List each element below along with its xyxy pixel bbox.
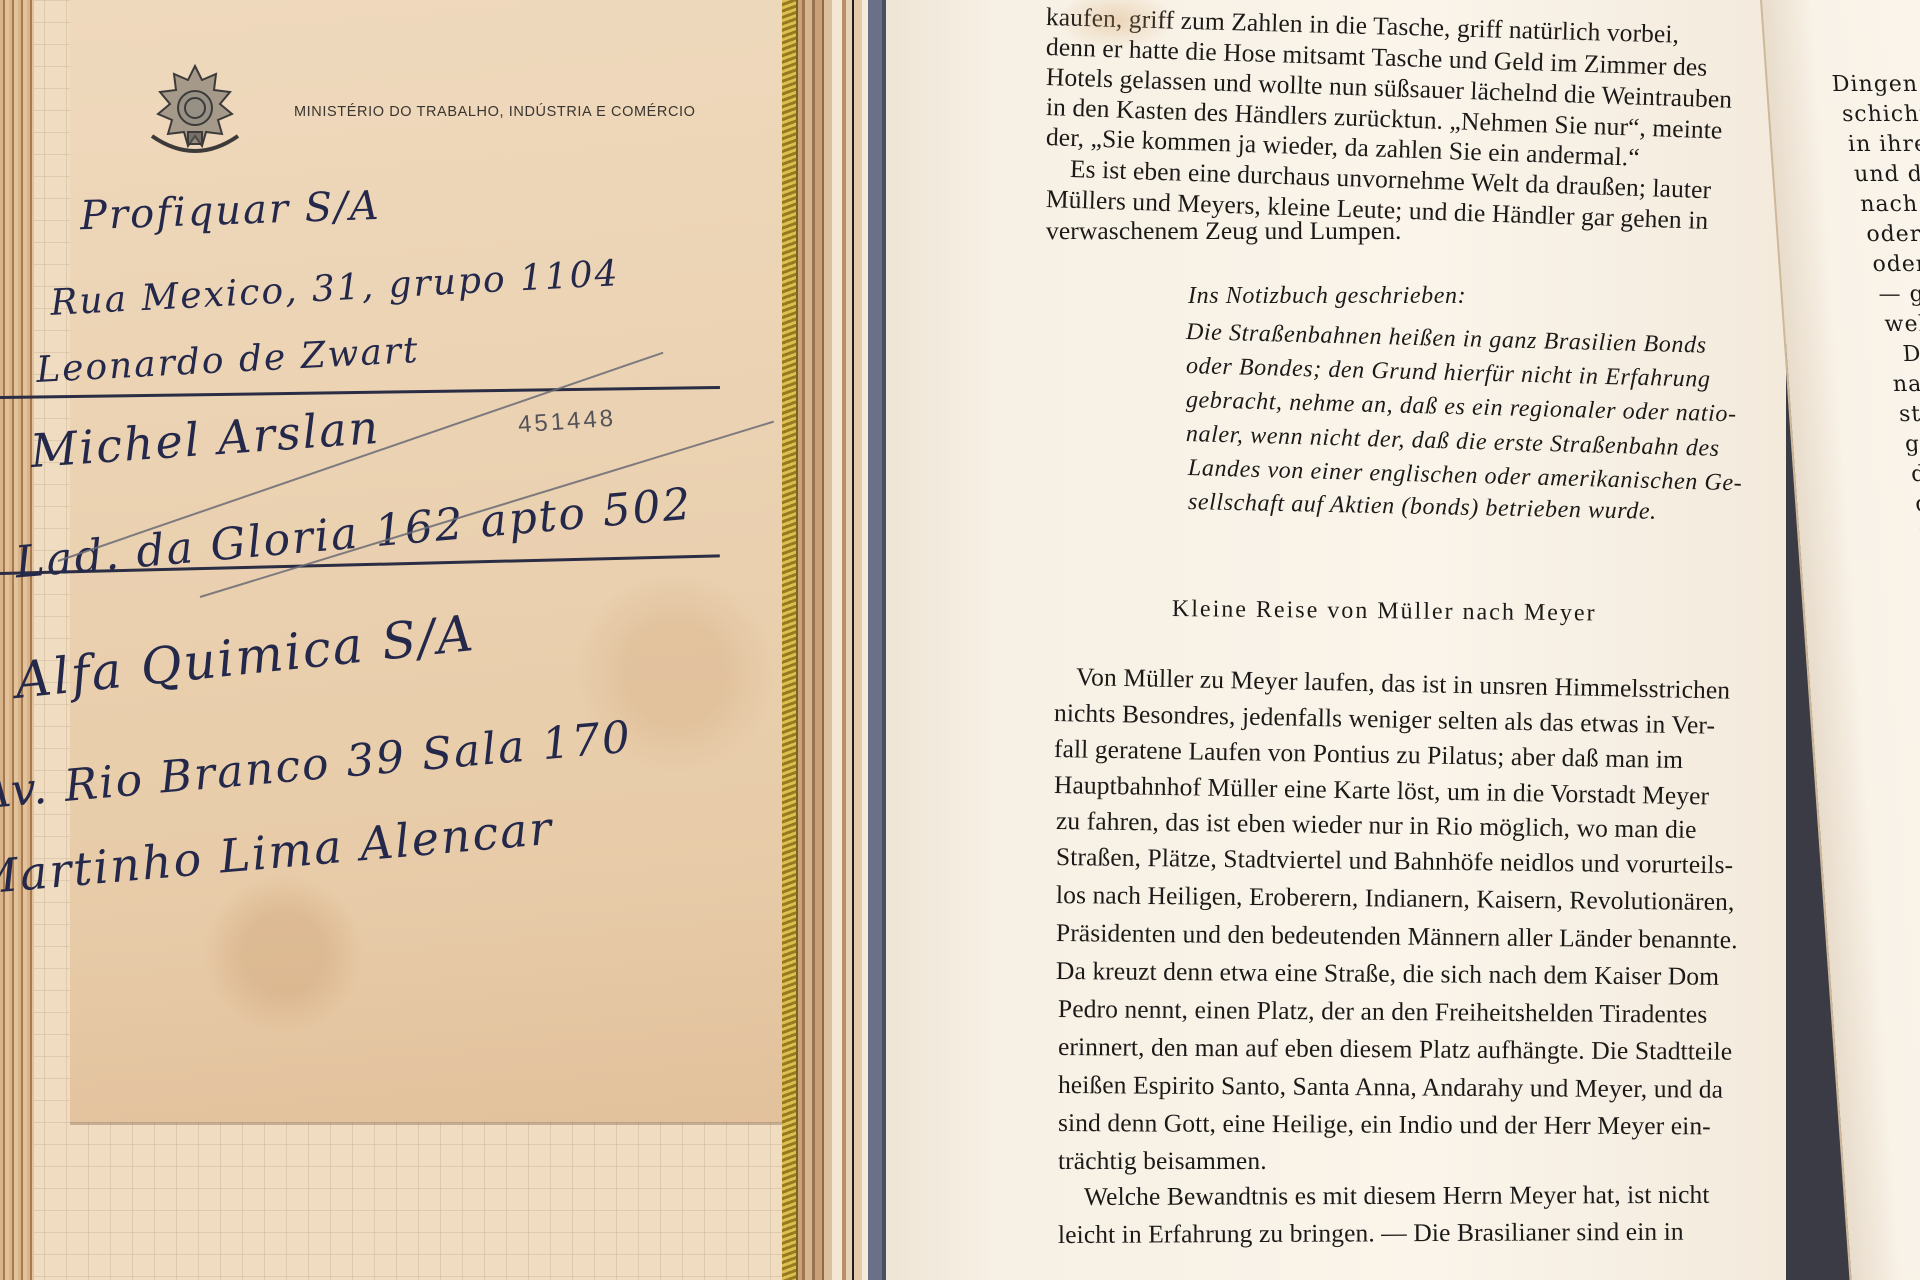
text-line: leicht in Erfahrung zu bringen. — Die Br… [1058, 1219, 1684, 1248]
text-line: verwaschenem Zeug und Lumpen. [1046, 218, 1402, 244]
text-line: zu fahren, das ist eben wieder nur in Ri… [1056, 808, 1697, 842]
partial-text: der [1914, 492, 1920, 517]
partial-text: gesu [1904, 432, 1920, 457]
text-line: naler, wenn nicht der, daß die erste Str… [1186, 422, 1720, 461]
text-line: sellschaft auf Aktien (bonds) betrieben … [1188, 490, 1657, 524]
text-line: nichts Besondres, jedenfalls weniger sel… [1054, 700, 1716, 738]
section-heading: Kleine Reise von Müller nach Meyer [1172, 596, 1597, 627]
text-line: Straßen, Plätze, Stadtviertel und Bahnhö… [1056, 844, 1734, 878]
text-line: Präsidenten und den bedeutenden Männern … [1056, 920, 1738, 953]
text-line: fall geratene Laufen von Pontius zu Pila… [1054, 736, 1684, 772]
text-line: los nach Heiligen, Eroberern, Indianern,… [1056, 882, 1735, 915]
right-page-printed: kaufen, griff zum Zahlen in die Tasche, … [886, 0, 1786, 1280]
text-line: Landes von einer englischen oder amerika… [1188, 456, 1743, 495]
left-page-grid-paper: MINISTÉRIO DO TRABALHO, INDÚSTRIA E COMÉ… [0, 0, 790, 1280]
text-line: Da kreuzt denn etwa eine Straße, die sic… [1056, 958, 1719, 989]
notebook-title: Ins Notizbuch geschrieben: [1188, 284, 1466, 308]
partial-text: oder e [1866, 222, 1920, 247]
partial-text: steh [1898, 402, 1920, 427]
text-line: Welche Bewandtnis es mit diesem Herrn Me… [1084, 1182, 1710, 1210]
text-line: Hauptbahnhof Müller eine Karte löst, um … [1054, 772, 1710, 809]
text-line: Von Müller zu Meyer laufen, das ist in u… [1076, 664, 1731, 703]
partial-text: welch [1884, 312, 1920, 337]
partial-text: und de [1853, 162, 1920, 187]
partial-text: nach d [1859, 192, 1920, 217]
book-spine-with-bookmark-ribbon [782, 0, 886, 1280]
text-line: kaufen, griff zum Zahlen in die Tasche, … [1046, 4, 1680, 47]
ministry-letterhead: MINISTÉRIO DO TRABALHO, INDÚSTRIA E COMÉ… [294, 104, 696, 120]
text-line: sind denn Gott, eine Heilige, ein Indio … [1058, 1110, 1711, 1139]
text-line: oder Bondes; den Grund hierfür nicht in … [1186, 354, 1711, 392]
partial-text: schichte [1841, 102, 1920, 127]
partial-text: Dingen [1831, 72, 1919, 97]
partial-text: in ihren [1847, 132, 1920, 157]
text-line: Die Straßenbahnen heißen in ganz Brasili… [1186, 320, 1707, 358]
partial-text: Die [1902, 342, 1920, 367]
partial-text: nach [1892, 372, 1920, 397]
partial-text: oder „ [1872, 252, 1920, 277]
text-line: gebracht, nehme an, daß es ein regionale… [1186, 388, 1737, 426]
partial-text: den [1910, 462, 1920, 487]
text-line: trächtig beisammen. [1058, 1148, 1267, 1174]
partial-text: — glü [1878, 282, 1920, 307]
coat-of-arms-icon [140, 62, 250, 162]
text-line: Pedro nennt, einen Platz, der an den Fre… [1058, 996, 1708, 1027]
text-line: erinnert, den man auf eben diesem Platz … [1058, 1034, 1732, 1064]
page-stack-edge [0, 0, 34, 1280]
text-line: heißen Espirito Santo, Santa Anna, Andar… [1058, 1072, 1723, 1102]
